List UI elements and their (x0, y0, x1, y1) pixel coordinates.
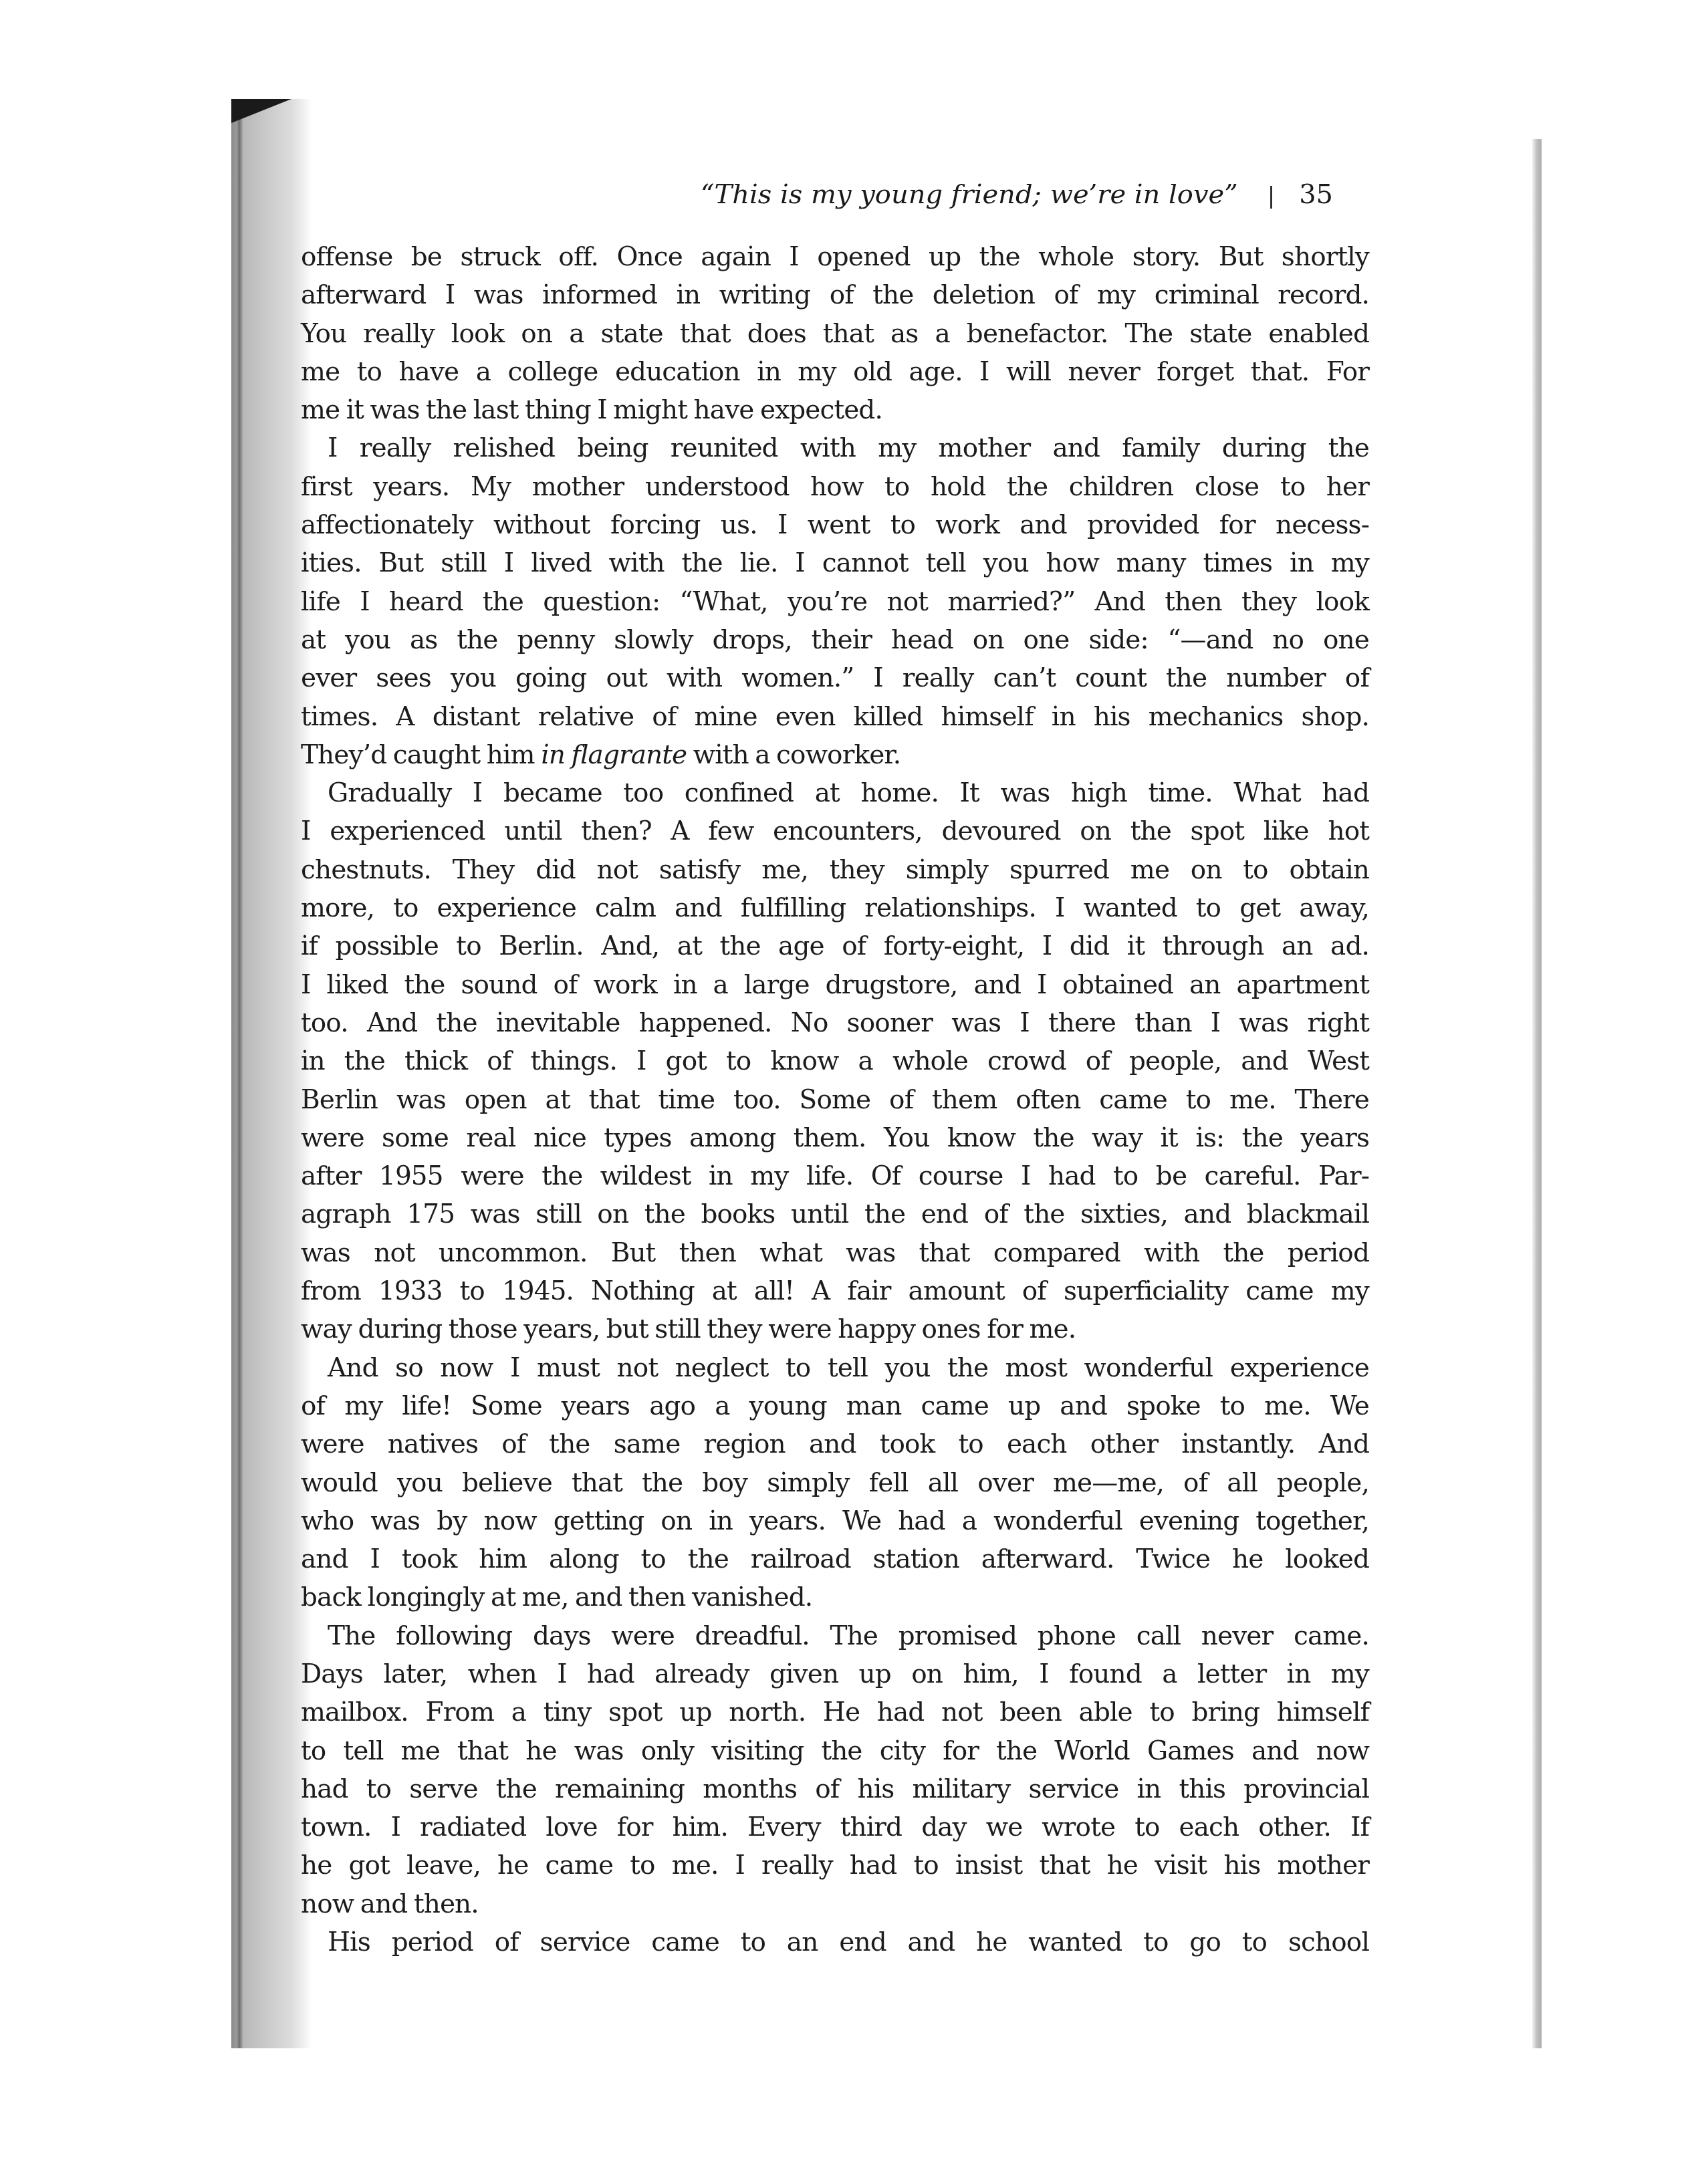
page-corner-shadow (231, 99, 291, 123)
text-line: first years. My mother understood how to… (301, 468, 1369, 506)
book-gutter-shadow (231, 99, 312, 2048)
text-line: of my life! Some years ago a young man c… (301, 1387, 1369, 1425)
text-line: ever sees you going out with women.” I r… (301, 659, 1369, 697)
text-line: I experienced until then? A few encounte… (301, 812, 1369, 850)
text-line: They’d caught him in flagrante with a co… (301, 736, 1369, 774)
running-title: “This is my young friend; we’re in love” (701, 179, 1238, 210)
text-line: too. And the inevitable happened. No soo… (301, 1004, 1369, 1042)
text-line: and I took him along to the railroad sta… (301, 1540, 1369, 1578)
paragraph: His period of service came to an end and… (301, 1923, 1369, 1961)
text-line: Days later, when I had already given up … (301, 1655, 1369, 1693)
text-line: mailbox. From a tiny spot up north. He h… (301, 1693, 1369, 1731)
text-line: I really relished being reunited with my… (301, 429, 1369, 467)
text-line: had to serve the remaining months of his… (301, 1770, 1369, 1808)
text-line: he got leave, he came to me. I really ha… (301, 1846, 1369, 1885)
text-line: ities. But still I lived with the lie. I… (301, 544, 1369, 582)
text-line: was not uncommon. But then what was that… (301, 1234, 1369, 1272)
paragraph: I really relished being reunited with my… (301, 429, 1369, 774)
header-separator: | (1268, 183, 1275, 209)
text-line: if possible to Berlin. And, at the age o… (301, 927, 1369, 965)
paragraph: And so now I must not neglect to tell yo… (301, 1349, 1369, 1617)
text-line: agraph 175 was still on the books until … (301, 1195, 1369, 1233)
text-line: after 1955 were the wildest in my life. … (301, 1157, 1369, 1195)
text-line: to tell me that he was only visiting the… (301, 1732, 1369, 1770)
text-line: times. A distant relative of mine even k… (301, 698, 1369, 736)
text-line: town. I radiated love for him. Every thi… (301, 1808, 1369, 1846)
text-line: were some real nice types among them. Yo… (301, 1119, 1369, 1157)
text-line: life I heard the question: “What, you’re… (301, 583, 1369, 621)
paragraph: Gradually I became too confined at home.… (301, 774, 1369, 1348)
page-right-edge-shadow (1532, 139, 1542, 2048)
text-line: chestnuts. They did not satisfy me, they… (301, 851, 1369, 889)
text-line: way during those years, but still they w… (301, 1310, 1369, 1348)
body-text: offense be struck off. Once again I open… (301, 238, 1369, 1961)
text-line: afterward I was informed in writing of t… (301, 276, 1369, 314)
text-line: more, to experience calm and fulfilling … (301, 889, 1369, 927)
text-line: I liked the sound of work in a large dru… (301, 966, 1369, 1004)
text-line: offense be struck off. Once again I open… (301, 238, 1369, 276)
text-line: me it was the last thing I might have ex… (301, 391, 1369, 429)
paragraph: The following days were dreadful. The pr… (301, 1617, 1369, 1923)
text-line: who was by now getting on in years. We h… (301, 1502, 1369, 1540)
text-line: me to have a college education in my old… (301, 353, 1369, 391)
text-segment: with a coworker. (687, 740, 900, 770)
italic-phrase: in flagrante (541, 740, 687, 770)
text-line: His period of service came to an end and… (301, 1923, 1369, 1961)
text-line: affectionately without forcing us. I wen… (301, 506, 1369, 544)
text-line: The following days were dreadful. The pr… (301, 1617, 1369, 1655)
text-line: And so now I must not neglect to tell yo… (301, 1349, 1369, 1387)
paragraph: offense be struck off. Once again I open… (301, 238, 1369, 429)
running-header: “This is my young friend; we’re in love”… (701, 179, 1369, 210)
text-line: were natives of the same region and took… (301, 1425, 1369, 1463)
text-line: You really look on a state that does tha… (301, 315, 1369, 353)
page-number: 35 (1299, 179, 1333, 210)
text-line: now and then. (301, 1885, 1369, 1923)
text-line: Gradually I became too confined at home.… (301, 774, 1369, 812)
text-line: Berlin was open at that time too. Some o… (301, 1081, 1369, 1119)
text-segment: They’d caught him (301, 740, 541, 770)
text-line: in the thick of things. I got to know a … (301, 1042, 1369, 1080)
text-line: at you as the penny slowly drops, their … (301, 621, 1369, 659)
text-line: back longingly at me, and then vanished. (301, 1578, 1369, 1616)
text-line: from 1933 to 1945. Nothing at all! A fai… (301, 1272, 1369, 1310)
text-line: would you believe that the boy simply fe… (301, 1464, 1369, 1502)
